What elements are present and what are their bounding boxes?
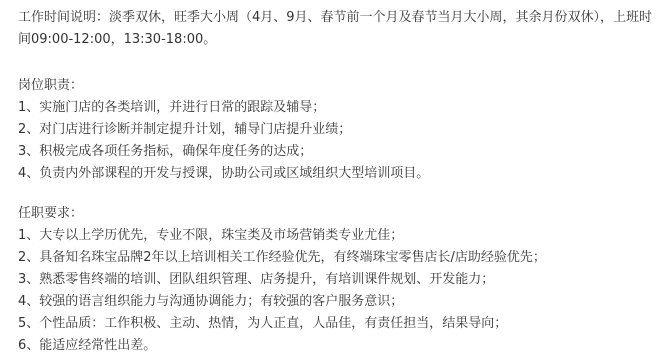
requirement-item: 5、个性品质：工作积极、主动、热情，为人正直，人品佳，有责任担当，结果导向； xyxy=(18,313,658,335)
responsibility-item: 1、实施门店的各类培训，并进行日常的跟踪及辅导； xyxy=(18,97,658,119)
requirement-item: 1、大专以上学历优先，专业不限，珠宝类及市场营销类专业尤佳； xyxy=(18,225,658,247)
job-description: 工作时间说明：淡季双休，旺季大小周（4月、9月、春节前一个月及春节当月大小周，其… xyxy=(0,0,658,357)
spacer xyxy=(18,185,658,203)
responsibility-item: 3、积极完成各项任务指标，确保年度任务的达成； xyxy=(18,141,658,163)
requirement-item: 4、较强的语言组织能力与沟通协调能力；有较强的客户服务意识； xyxy=(18,291,658,313)
responsibilities-heading: 岗位职责： xyxy=(18,75,658,97)
spacer xyxy=(18,51,658,75)
requirement-item: 2、具备知名珠宝品牌2年以上培训相关工作经验优先，有终端珠宝零售店长/店助经验优… xyxy=(18,247,658,269)
requirement-item: 3、熟悉零售终端的培训、团队组织管理、店务提升，有培训课件规划、开发能力； xyxy=(18,269,658,291)
responsibility-item: 4、负责内外部课程的开发与授课，协助公司或区域组织大型培训项目。 xyxy=(18,163,658,185)
requirement-item: 6、能适应经常性出差。 xyxy=(18,335,658,357)
responsibility-item: 2、对门店进行诊断并制定提升计划，辅导门店提升业绩； xyxy=(18,119,658,141)
requirements-heading: 任职要求： xyxy=(18,203,658,225)
work-time-text: 工作时间说明：淡季双休，旺季大小周（4月、9月、春节前一个月及春节当月大小周，其… xyxy=(18,7,658,51)
